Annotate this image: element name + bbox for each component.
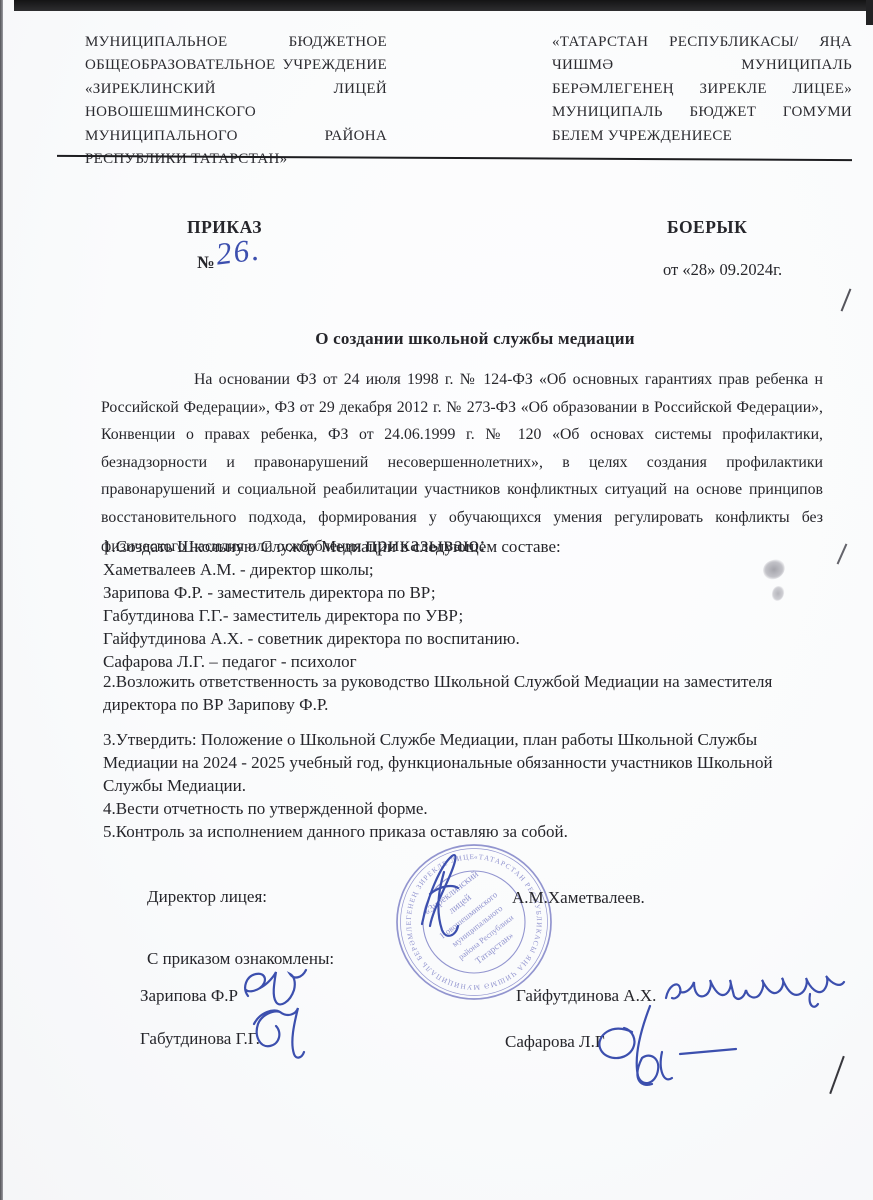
composition-list: 1.Создать Школьную Службу Медиации в сле… — [103, 536, 821, 673]
signature-safarova — [588, 992, 808, 1092]
composition-line: Габутдинова Г.Г.- заместитель директора … — [103, 605, 821, 628]
composition-line: 1.Создать Школьную Службу Медиации в сле… — [103, 536, 821, 559]
signature-gabutdinova — [244, 1002, 324, 1064]
composition-line: Зарипова Ф.Р. - заместитель директора по… — [103, 582, 821, 605]
composition-line: Сафарова Л.Г. – педагог - психолог — [103, 651, 821, 674]
ack-name-gabutdinova: Габутдинова Г.Г. — [140, 1029, 260, 1049]
order-number-handwritten: 26. — [214, 231, 263, 272]
composition-line: Гайфутдинова А.Х. - советник директора п… — [103, 628, 821, 651]
director-label: Директор лицея: — [147, 887, 267, 907]
pen-mark — [837, 544, 848, 565]
order-item-4: 4.Вести отчетность по утвержденной форме… — [103, 798, 815, 821]
scan-edge-left — [0, 0, 3, 1200]
order-date: от «28» 09.2024г. — [663, 260, 782, 280]
scan-shadow-top-right — [866, 0, 873, 25]
order-item-2: 2.Возложить ответственность за руководст… — [103, 671, 815, 717]
order-item-3: 3.Утвердить: Положение о Школьной Службе… — [103, 729, 815, 798]
director-name: А.М.Хаметвалеев. — [512, 888, 645, 908]
pen-mark — [841, 288, 852, 311]
ack-name-zaripova: Зарипова Ф.Р — [140, 986, 238, 1006]
order-number-sign: № — [197, 252, 215, 273]
pen-mark — [829, 1056, 845, 1094]
org-name-tatar: «ТАТАРСТАН РЕСПУБЛИКАСЫ/ ЯҢА ЧИШМӘ МУНИЦ… — [552, 31, 852, 148]
order-type-tat: БОЕРЫК — [667, 217, 747, 238]
order-subject-title: О создании школьной службы медиации — [130, 329, 820, 349]
order-items-3-5: 3.Утвердить: Положение о Школьной Службе… — [103, 729, 815, 844]
composition-line: Хаметвалеев А.М. - директор школы; — [103, 559, 821, 582]
preamble-paragraph: На основании ФЗ от 24 июля 1998 г. № 124… — [101, 366, 823, 561]
scanned-order-document: МУНИЦИПАЛЬНОЕ БЮДЖЕТНОЕ ОБЩЕОБРАЗОВАТЕЛЬ… — [0, 0, 873, 1200]
preamble-text: На основании ФЗ от 24 июля 1998 г. № 124… — [101, 371, 823, 555]
org-name-russian: МУНИЦИПАЛЬНОЕ БЮДЖЕТНОЕ ОБЩЕОБРАЗОВАТЕЛЬ… — [85, 31, 387, 171]
scan-shadow-top — [14, 0, 873, 11]
director-signature — [396, 846, 488, 944]
